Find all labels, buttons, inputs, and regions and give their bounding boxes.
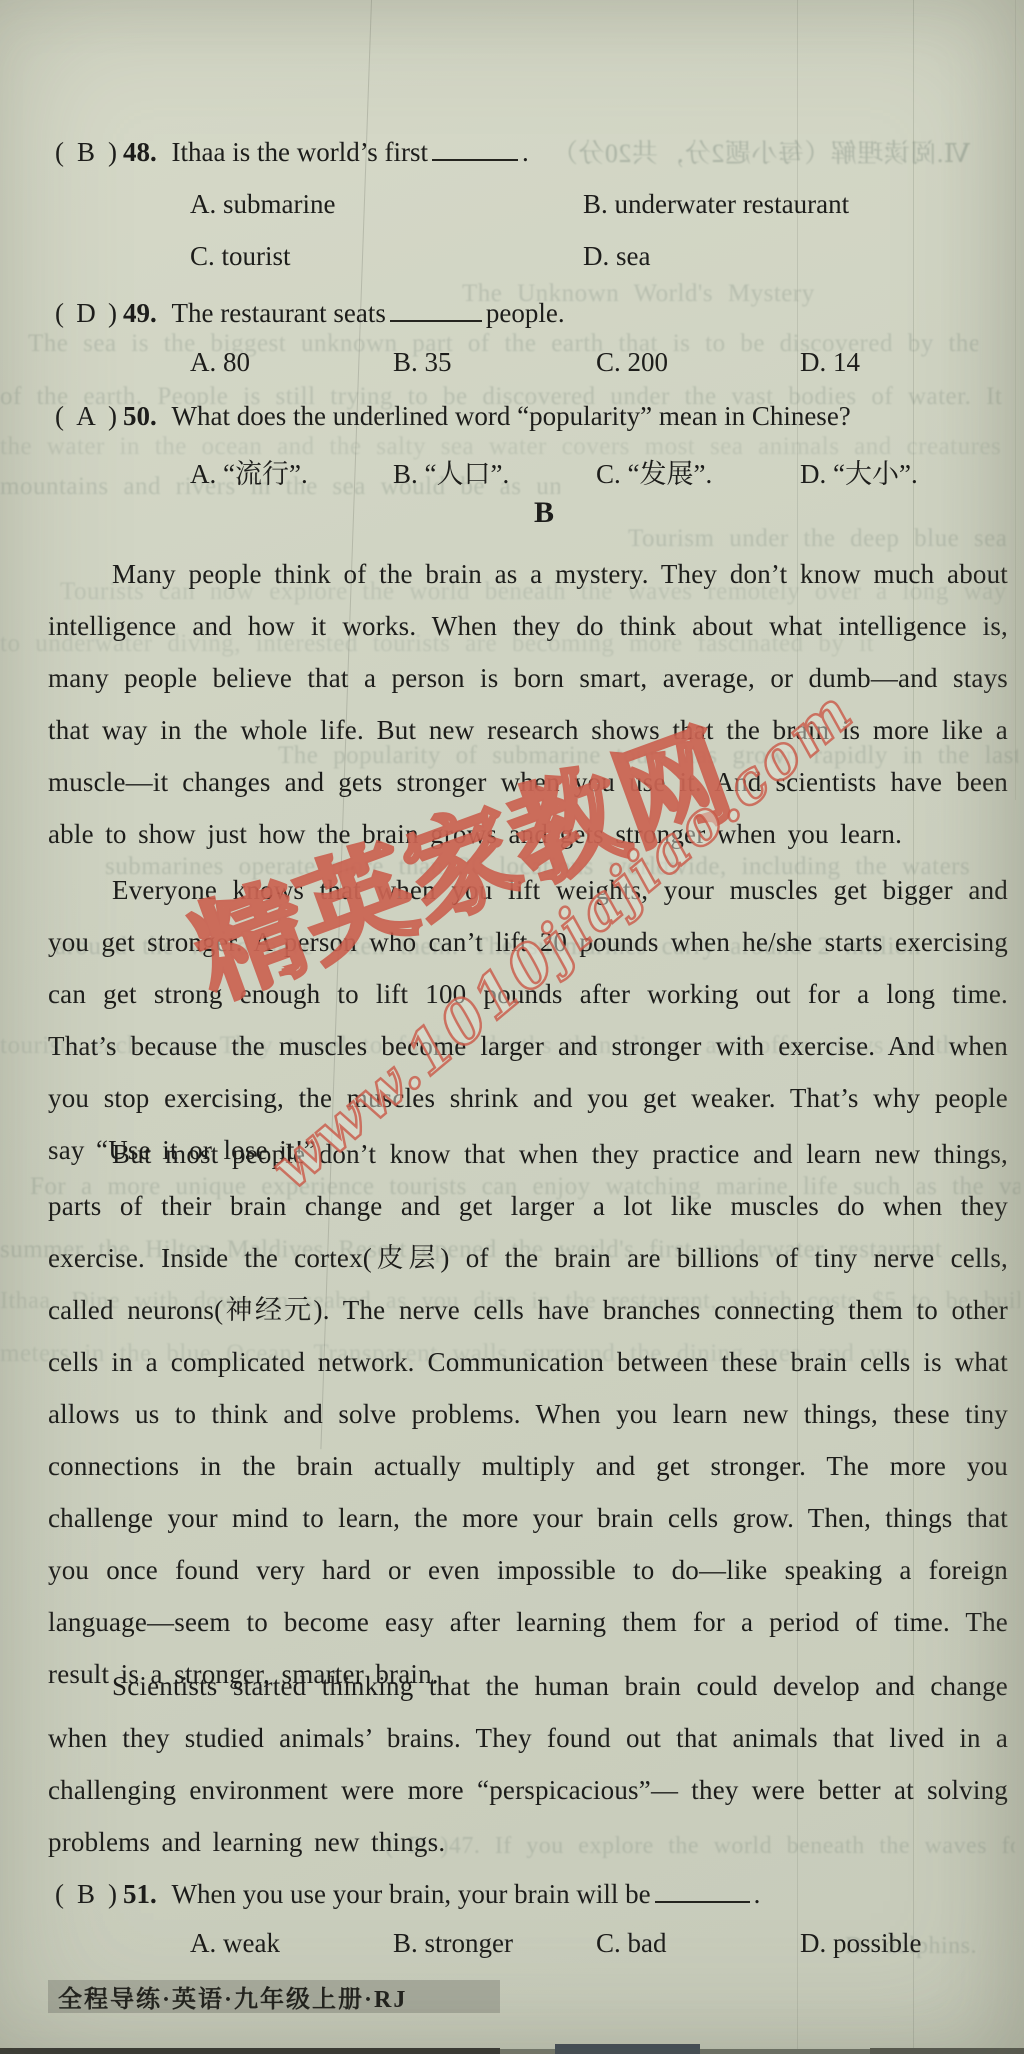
option-d: D. possible: [800, 1928, 922, 1959]
option-b: B. “人口”.: [393, 452, 509, 491]
answer-blank: [655, 1874, 750, 1903]
option-d: D. “大小”.: [800, 452, 918, 491]
answer-letter: B: [64, 1877, 108, 1911]
question-stem: What does the underlined word “popularit…: [172, 401, 851, 431]
option-d: D. 14: [800, 347, 860, 378]
answer-mark: (A): [55, 401, 117, 431]
question-stem-tail: people.: [486, 298, 565, 328]
answer-mark: (B): [55, 1879, 117, 1909]
question-stem: Ithaa is the world’s first: [172, 137, 428, 167]
answer-blank: [432, 132, 518, 161]
question-number: 49.: [123, 298, 157, 328]
question-50: (A)50. What does the underlined word “po…: [0, 399, 1024, 433]
passage-section-label: B: [64, 496, 1024, 530]
answer-blank: [390, 293, 482, 322]
answer-mark: (D): [55, 298, 117, 328]
options-row: C. tourist D. sea: [0, 241, 1024, 275]
question-51: (B)51. When you use your brain, your bra…: [0, 1874, 1024, 1911]
option-c: C. 200: [596, 347, 668, 378]
passage-paragraph: But most people don’t know that when the…: [48, 1128, 1008, 1700]
question-stem-tail: .: [522, 137, 529, 167]
option-a: A. weak: [190, 1928, 280, 1959]
option-c: C. tourist: [190, 241, 291, 272]
question-48: (B)48. Ithaa is the world’s first.: [0, 132, 1024, 169]
question-number: 51.: [123, 1879, 157, 1909]
question-number: 48.: [123, 137, 157, 167]
option-c: C. “发展”.: [596, 452, 712, 491]
option-a: A. submarine: [190, 189, 335, 220]
answer-letter: B: [64, 135, 108, 169]
option-b: B. stronger: [393, 1928, 513, 1959]
option-b: B. 35: [393, 347, 452, 378]
options-row: A. weak B. stronger C. bad D. possible: [0, 1928, 1024, 1962]
option-d: D. sea: [583, 241, 650, 272]
question-stem-tail: .: [754, 1879, 761, 1909]
answer-mark: (B): [55, 137, 117, 167]
answer-letter: D: [64, 296, 108, 330]
options-row: A. 80 B. 35 C. 200 D. 14: [0, 347, 1024, 381]
question-stem: When you use your brain, your brain will…: [172, 1879, 651, 1909]
passage-paragraph: Many people think of the brain as a myst…: [48, 548, 1008, 860]
question-49: (D)49. The restaurant seatspeople.: [0, 293, 1024, 330]
answer-letter: A: [64, 399, 108, 433]
scanned-workbook-page: Ⅵ.阅读理解（每小题2分，共20分） The Unknown World's M…: [0, 0, 1024, 2054]
options-row: A. “流行”. B. “人口”. C. “发展”. D. “大小”.: [0, 452, 1024, 486]
options-row: A. submarine B. underwater restaurant: [0, 189, 1024, 223]
page-bottom-edge: [0, 2044, 1024, 2054]
option-a: A. 80: [190, 347, 250, 378]
footer-label: 全程导练·英语·九年级上册·RJ: [58, 1979, 407, 2014]
passage-paragraph: Scientists started thinking that the hum…: [48, 1660, 1008, 1868]
option-c: C. bad: [596, 1928, 667, 1959]
question-stem: The restaurant seats: [172, 298, 386, 328]
option-b: B. underwater restaurant: [583, 189, 849, 220]
option-a: A. “流行”.: [190, 452, 308, 491]
question-number: 50.: [123, 401, 157, 431]
footer-bar: 全程导练·英语·九年级上册·RJ: [48, 1980, 500, 2013]
